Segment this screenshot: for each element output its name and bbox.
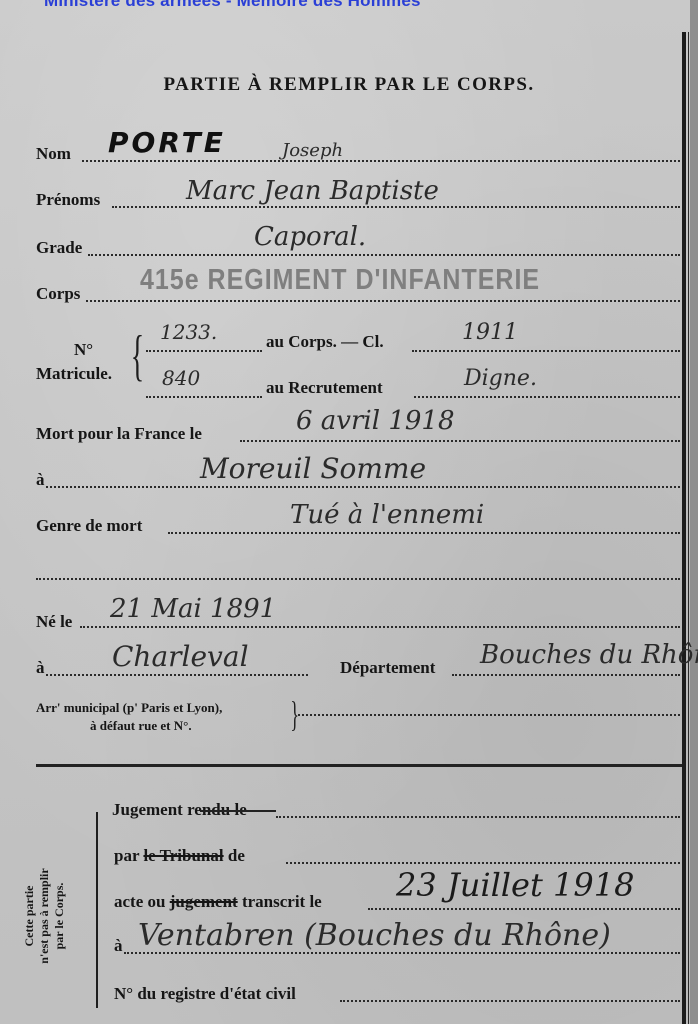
classe-line [412, 350, 680, 352]
transcrit-line [368, 908, 680, 910]
departement-value: Bouches du Rhône [480, 640, 698, 670]
tribunal-line [286, 862, 680, 864]
transcrit-suffix: transcrit le [242, 892, 322, 911]
grade-value: Caporal. [254, 222, 366, 252]
corps-line [86, 300, 680, 302]
genre-mort-label: Genre de mort [36, 516, 142, 536]
corps-label: Corps [36, 284, 80, 304]
tribunal-struck: le Tribunal [143, 846, 223, 865]
matricule-label-no: N° [74, 340, 93, 360]
tribunal-suffix: de [228, 846, 245, 865]
arrondissement-line [298, 714, 680, 716]
departement-line [452, 674, 680, 676]
registre-label: N° du registre d'état civil [114, 984, 296, 1004]
ne-le-value: 21 Mai 1891 [110, 594, 276, 624]
transcrit-struck: jugement [170, 892, 238, 911]
matricule-label: Matricule. [36, 364, 112, 384]
ne-lieu-value: Charleval [112, 640, 249, 673]
nom-label: Nom [36, 144, 71, 164]
arrondissement-label-2: à défaut rue et N°. [90, 718, 192, 734]
prenoms-line [112, 206, 680, 208]
arrondissement-label-1: Arr' municipal (p' Paris et Lyon), [36, 700, 222, 716]
corps-number-value: 1233. [160, 320, 217, 344]
nom-value: PORTE [108, 126, 226, 159]
grade-label: Grade [36, 238, 82, 258]
right-border-inner [688, 32, 689, 1024]
ne-lieu-label: à [36, 658, 45, 678]
jugement-strike [200, 810, 276, 812]
mort-date-line [240, 440, 680, 442]
document-scan: Ministère des armées - Mémoire des Homme… [0, 0, 698, 1024]
right-border [682, 32, 686, 1024]
side-note-line-1: Cette partie [22, 826, 37, 1006]
lower-bracket [96, 812, 98, 1008]
section-divider [36, 764, 682, 767]
corps-number-label: au Corps. — Cl. [266, 332, 384, 352]
recrutement-number-line [146, 396, 262, 398]
ne-le-line [80, 626, 680, 628]
mort-lieu-line [46, 486, 680, 488]
classe-value: 1911 [462, 320, 518, 345]
corps-stamp: 415e REGIMENT D'INFANTERIE [140, 264, 540, 297]
side-note-line-3: par le Corps. [52, 826, 67, 1006]
transcrit-lieu-value: Ventabren (Bouches du Rhône) [138, 918, 611, 953]
grade-line [88, 254, 680, 256]
mort-date-label: Mort pour la France le [36, 424, 202, 444]
transcrit-value: 23 Juillet 1918 [396, 866, 634, 904]
prenoms-label: Prénoms [36, 190, 100, 210]
genre-mort-line [168, 532, 680, 534]
ne-le-label: Né le [36, 612, 72, 632]
transcrit-lieu-label: à [114, 936, 123, 956]
transcrit-label: acte ou jugement transcrit le [114, 892, 322, 912]
transcrit-prefix: acte ou [114, 892, 165, 911]
mort-date-value: 6 avril 1918 [296, 406, 455, 436]
mort-lieu-label: à [36, 470, 45, 490]
recrutement-number-value: 840 [162, 366, 200, 390]
prenoms-value: Marc Jean Baptiste [186, 176, 439, 206]
watermark-text: Ministère des armées - Mémoire des Homme… [44, 0, 421, 11]
corps-number-line [146, 350, 262, 352]
jugement-line [276, 816, 680, 818]
blank-line [36, 578, 680, 580]
matricule-brace: { [131, 328, 144, 384]
departement-label: Département [340, 658, 435, 678]
side-note: Cette partie n'est pas à remplir par le … [22, 826, 82, 1006]
recrutement-label: au Recrutement [266, 378, 383, 398]
mort-lieu-value: Moreuil Somme [200, 452, 426, 485]
prenoms-interlinear: Joseph [282, 140, 343, 161]
recrutement-value: Digne. [464, 366, 537, 391]
genre-mort-value: Tué à l'ennemi [290, 500, 484, 530]
page-edge [690, 0, 698, 1024]
side-note-line-2: n'est pas à remplir [37, 826, 52, 1006]
nom-line [82, 160, 680, 162]
tribunal-prefix: par [114, 846, 139, 865]
tribunal-label: par le Tribunal de [114, 846, 245, 866]
form-title: PARTIE À REMPLIR PAR LE CORPS. [0, 74, 698, 96]
ne-lieu-line [46, 674, 308, 676]
registre-line [340, 1000, 680, 1002]
recrutement-line [414, 396, 680, 398]
